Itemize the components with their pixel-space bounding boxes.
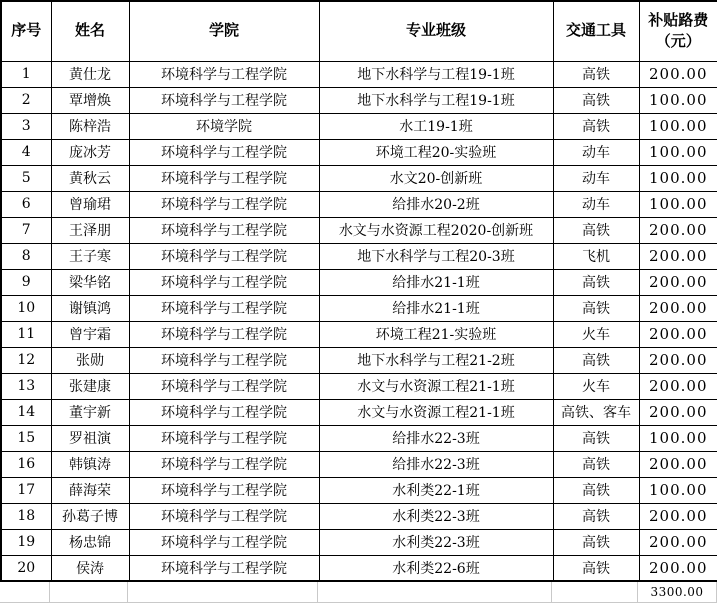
table-row: 1 黄仕龙 环境科学与工程学院 地下水科学与工程19-1班 高铁 200.00 xyxy=(1,61,717,87)
cell-fare: 200.00 xyxy=(639,529,717,555)
cell-class: 水利类22-1班 xyxy=(319,477,553,503)
cell-transport: 火车 xyxy=(553,373,639,399)
cell-no: 5 xyxy=(1,165,51,191)
cell-no: 17 xyxy=(1,477,51,503)
cell-transport: 高铁 xyxy=(553,87,639,113)
cell-class: 地下水科学与工程19-1班 xyxy=(319,61,553,87)
cell-no: 1 xyxy=(1,61,51,87)
table-row: 18 孙葛子博 环境科学与工程学院 水利类22-3班 高铁 200.00 xyxy=(1,503,717,529)
cell-transport: 火车 xyxy=(553,321,639,347)
cell-transport: 动车 xyxy=(553,191,639,217)
cell-fare: 200.00 xyxy=(639,243,717,269)
table-row: 11 曾宇霜 环境科学与工程学院 环境工程21-实验班 火车 200.00 xyxy=(1,321,717,347)
cell-no: 11 xyxy=(1,321,51,347)
cell-fare: 200.00 xyxy=(639,399,717,425)
cell-college: 环境科学与工程学院 xyxy=(129,139,319,165)
total-fare-value: 3300.00 xyxy=(638,582,717,602)
cell-transport: 飞机 xyxy=(553,243,639,269)
cell-no: 2 xyxy=(1,87,51,113)
cell-transport: 高铁、客车 xyxy=(553,399,639,425)
cell-fare: 100.00 xyxy=(639,139,717,165)
header-class: 专业班级 xyxy=(319,1,553,61)
table-row: 14 董宇新 环境科学与工程学院 水文与水资源工程21-1班 高铁、客车 200… xyxy=(1,399,717,425)
cell-transport: 高铁 xyxy=(553,61,639,87)
header-college: 学院 xyxy=(129,1,319,61)
cell-no: 7 xyxy=(1,217,51,243)
cell-no: 4 xyxy=(1,139,51,165)
table-row: 13 张建康 环境科学与工程学院 水文与水资源工程21-1班 火车 200.00 xyxy=(1,373,717,399)
cell-no: 16 xyxy=(1,451,51,477)
cell-class: 水文与水资源工程2020-创新班 xyxy=(319,217,553,243)
cell-name: 庞冰芳 xyxy=(51,139,129,165)
cell-name: 谢镇鸿 xyxy=(51,295,129,321)
cell-transport: 动车 xyxy=(553,139,639,165)
cell-no: 14 xyxy=(1,399,51,425)
cell-no: 10 xyxy=(1,295,51,321)
header-row: 序号 姓名 学院 专业班级 交通工具 补贴路费 （元） xyxy=(1,1,717,61)
cell-college: 环境科学与工程学院 xyxy=(129,61,319,87)
cell-class: 水利类22-6班 xyxy=(319,555,553,581)
table-row: 6 曾瑜珺 环境科学与工程学院 给排水20-2班 动车 100.00 xyxy=(1,191,717,217)
cell-college: 环境科学与工程学院 xyxy=(129,373,319,399)
cell-name: 黄秋云 xyxy=(51,165,129,191)
cell-college: 环境科学与工程学院 xyxy=(129,269,319,295)
header-fare: 补贴路费 （元） xyxy=(639,1,717,61)
cell-class: 给排水20-2班 xyxy=(319,191,553,217)
cell-transport: 高铁 xyxy=(553,217,639,243)
subsidy-table-sheet: 序号 姓名 学院 专业班级 交通工具 补贴路费 （元） 1 黄仕龙 环境科学与工… xyxy=(0,0,717,603)
cell-college: 环境科学与工程学院 xyxy=(129,503,319,529)
cell-class: 水文20-创新班 xyxy=(319,165,553,191)
cell-college: 环境科学与工程学院 xyxy=(129,347,319,373)
total-cell-no xyxy=(0,582,50,602)
cell-transport: 高铁 xyxy=(553,347,639,373)
header-name: 姓名 xyxy=(51,1,129,61)
cell-no: 15 xyxy=(1,425,51,451)
header-no: 序号 xyxy=(1,1,51,61)
cell-college: 环境科学与工程学院 xyxy=(129,555,319,581)
header-fare-line1: 补贴路费 xyxy=(648,11,708,29)
cell-no: 6 xyxy=(1,191,51,217)
cell-name: 黄仕龙 xyxy=(51,61,129,87)
cell-transport: 动车 xyxy=(553,165,639,191)
cell-class: 水利类22-3班 xyxy=(319,503,553,529)
cell-transport: 高铁 xyxy=(553,529,639,555)
cell-college: 环境科学与工程学院 xyxy=(129,295,319,321)
cell-fare: 200.00 xyxy=(639,217,717,243)
cell-transport: 高铁 xyxy=(553,555,639,581)
cell-name: 杨忠锦 xyxy=(51,529,129,555)
cell-college: 环境科学与工程学院 xyxy=(129,477,319,503)
table-row: 15 罗祖演 环境科学与工程学院 给排水22-3班 高铁 100.00 xyxy=(1,425,717,451)
table-row: 10 谢镇鸿 环境科学与工程学院 给排水21-1班 高铁 200.00 xyxy=(1,295,717,321)
cell-transport: 高铁 xyxy=(553,451,639,477)
cell-college: 环境学院 xyxy=(129,113,319,139)
table-row: 17 薛海荣 环境科学与工程学院 水利类22-1班 高铁 100.00 xyxy=(1,477,717,503)
cell-no: 13 xyxy=(1,373,51,399)
table-header: 序号 姓名 学院 专业班级 交通工具 补贴路费 （元） xyxy=(1,1,717,61)
cell-class: 给排水21-1班 xyxy=(319,295,553,321)
table-row: 2 覃增焕 环境科学与工程学院 地下水科学与工程19-1班 高铁 100.00 xyxy=(1,87,717,113)
cell-fare: 200.00 xyxy=(639,321,717,347)
cell-fare: 200.00 xyxy=(639,61,717,87)
total-cell-class xyxy=(318,582,552,602)
cell-class: 环境工程21-实验班 xyxy=(319,321,553,347)
table-row: 19 杨忠锦 环境科学与工程学院 水利类22-3班 高铁 200.00 xyxy=(1,529,717,555)
cell-fare: 200.00 xyxy=(639,347,717,373)
cell-class: 环境工程20-实验班 xyxy=(319,139,553,165)
cell-fare: 200.00 xyxy=(639,269,717,295)
cell-transport: 高铁 xyxy=(553,477,639,503)
cell-fare: 100.00 xyxy=(639,165,717,191)
cell-transport: 高铁 xyxy=(553,113,639,139)
cell-fare: 200.00 xyxy=(639,555,717,581)
cell-college: 环境科学与工程学院 xyxy=(129,425,319,451)
cell-college: 环境科学与工程学院 xyxy=(129,165,319,191)
cell-fare: 200.00 xyxy=(639,373,717,399)
cell-fare: 200.00 xyxy=(639,451,717,477)
cell-class: 地下水科学与工程19-1班 xyxy=(319,87,553,113)
total-cell-college xyxy=(128,582,318,602)
table-row: 5 黄秋云 环境科学与工程学院 水文20-创新班 动车 100.00 xyxy=(1,165,717,191)
cell-fare: 200.00 xyxy=(639,503,717,529)
cell-fare: 100.00 xyxy=(639,477,717,503)
table-row: 9 梁华铭 环境科学与工程学院 给排水21-1班 高铁 200.00 xyxy=(1,269,717,295)
cell-fare: 200.00 xyxy=(639,295,717,321)
cell-transport: 高铁 xyxy=(553,503,639,529)
cell-name: 张勋 xyxy=(51,347,129,373)
cell-name: 曾瑜珺 xyxy=(51,191,129,217)
header-transport: 交通工具 xyxy=(553,1,639,61)
cell-fare: 100.00 xyxy=(639,425,717,451)
cell-fare: 100.00 xyxy=(639,87,717,113)
cell-fare: 100.00 xyxy=(639,191,717,217)
cell-college: 环境科学与工程学院 xyxy=(129,191,319,217)
cell-class: 给排水22-3班 xyxy=(319,425,553,451)
cell-name: 罗祖演 xyxy=(51,425,129,451)
cell-fare: 100.00 xyxy=(639,113,717,139)
cell-class: 水工19-1班 xyxy=(319,113,553,139)
cell-no: 20 xyxy=(1,555,51,581)
cell-college: 环境科学与工程学院 xyxy=(129,321,319,347)
table-body: 1 黄仕龙 环境科学与工程学院 地下水科学与工程19-1班 高铁 200.00 … xyxy=(1,61,717,581)
cell-no: 8 xyxy=(1,243,51,269)
total-cell-name xyxy=(50,582,128,602)
cell-transport: 高铁 xyxy=(553,295,639,321)
cell-name: 张建康 xyxy=(51,373,129,399)
cell-name: 孙葛子博 xyxy=(51,503,129,529)
cell-college: 环境科学与工程学院 xyxy=(129,87,319,113)
cell-class: 水文与水资源工程21-1班 xyxy=(319,373,553,399)
cell-name: 覃增焕 xyxy=(51,87,129,113)
header-fare-line2: （元） xyxy=(656,32,701,50)
cell-college: 环境科学与工程学院 xyxy=(129,399,319,425)
cell-name: 侯涛 xyxy=(51,555,129,581)
table-row: 4 庞冰芳 环境科学与工程学院 环境工程20-实验班 动车 100.00 xyxy=(1,139,717,165)
cell-name: 梁华铭 xyxy=(51,269,129,295)
cell-class: 地下水科学与工程20-3班 xyxy=(319,243,553,269)
cell-name: 曾宇霜 xyxy=(51,321,129,347)
table-row: 12 张勋 环境科学与工程学院 地下水科学与工程21-2班 高铁 200.00 xyxy=(1,347,717,373)
cell-name: 王泽朋 xyxy=(51,217,129,243)
cell-no: 12 xyxy=(1,347,51,373)
cell-no: 3 xyxy=(1,113,51,139)
travel-subsidy-table: 序号 姓名 学院 专业班级 交通工具 补贴路费 （元） 1 黄仕龙 环境科学与工… xyxy=(0,0,717,582)
cell-name: 董宇新 xyxy=(51,399,129,425)
cell-transport: 高铁 xyxy=(553,269,639,295)
cell-name: 陈梓浩 xyxy=(51,113,129,139)
cell-no: 9 xyxy=(1,269,51,295)
cell-college: 环境科学与工程学院 xyxy=(129,217,319,243)
cell-name: 薛海荣 xyxy=(51,477,129,503)
cell-name: 韩镇涛 xyxy=(51,451,129,477)
cell-college: 环境科学与工程学院 xyxy=(129,529,319,555)
total-row: 3300.00 xyxy=(0,582,717,603)
cell-transport: 高铁 xyxy=(553,425,639,451)
table-row: 16 韩镇涛 环境科学与工程学院 给排水22-3班 高铁 200.00 xyxy=(1,451,717,477)
cell-no: 18 xyxy=(1,503,51,529)
cell-class: 地下水科学与工程21-2班 xyxy=(319,347,553,373)
cell-class: 给排水21-1班 xyxy=(319,269,553,295)
cell-class: 水利类22-3班 xyxy=(319,529,553,555)
table-row: 7 王泽朋 环境科学与工程学院 水文与水资源工程2020-创新班 高铁 200.… xyxy=(1,217,717,243)
table-row: 8 王子寒 环境科学与工程学院 地下水科学与工程20-3班 飞机 200.00 xyxy=(1,243,717,269)
cell-class: 给排水22-3班 xyxy=(319,451,553,477)
cell-class: 水文与水资源工程21-1班 xyxy=(319,399,553,425)
table-row: 3 陈梓浩 环境学院 水工19-1班 高铁 100.00 xyxy=(1,113,717,139)
table-row: 20 侯涛 环境科学与工程学院 水利类22-6班 高铁 200.00 xyxy=(1,555,717,581)
cell-college: 环境科学与工程学院 xyxy=(129,451,319,477)
cell-no: 19 xyxy=(1,529,51,555)
total-cell-transport xyxy=(552,582,638,602)
cell-college: 环境科学与工程学院 xyxy=(129,243,319,269)
cell-name: 王子寒 xyxy=(51,243,129,269)
